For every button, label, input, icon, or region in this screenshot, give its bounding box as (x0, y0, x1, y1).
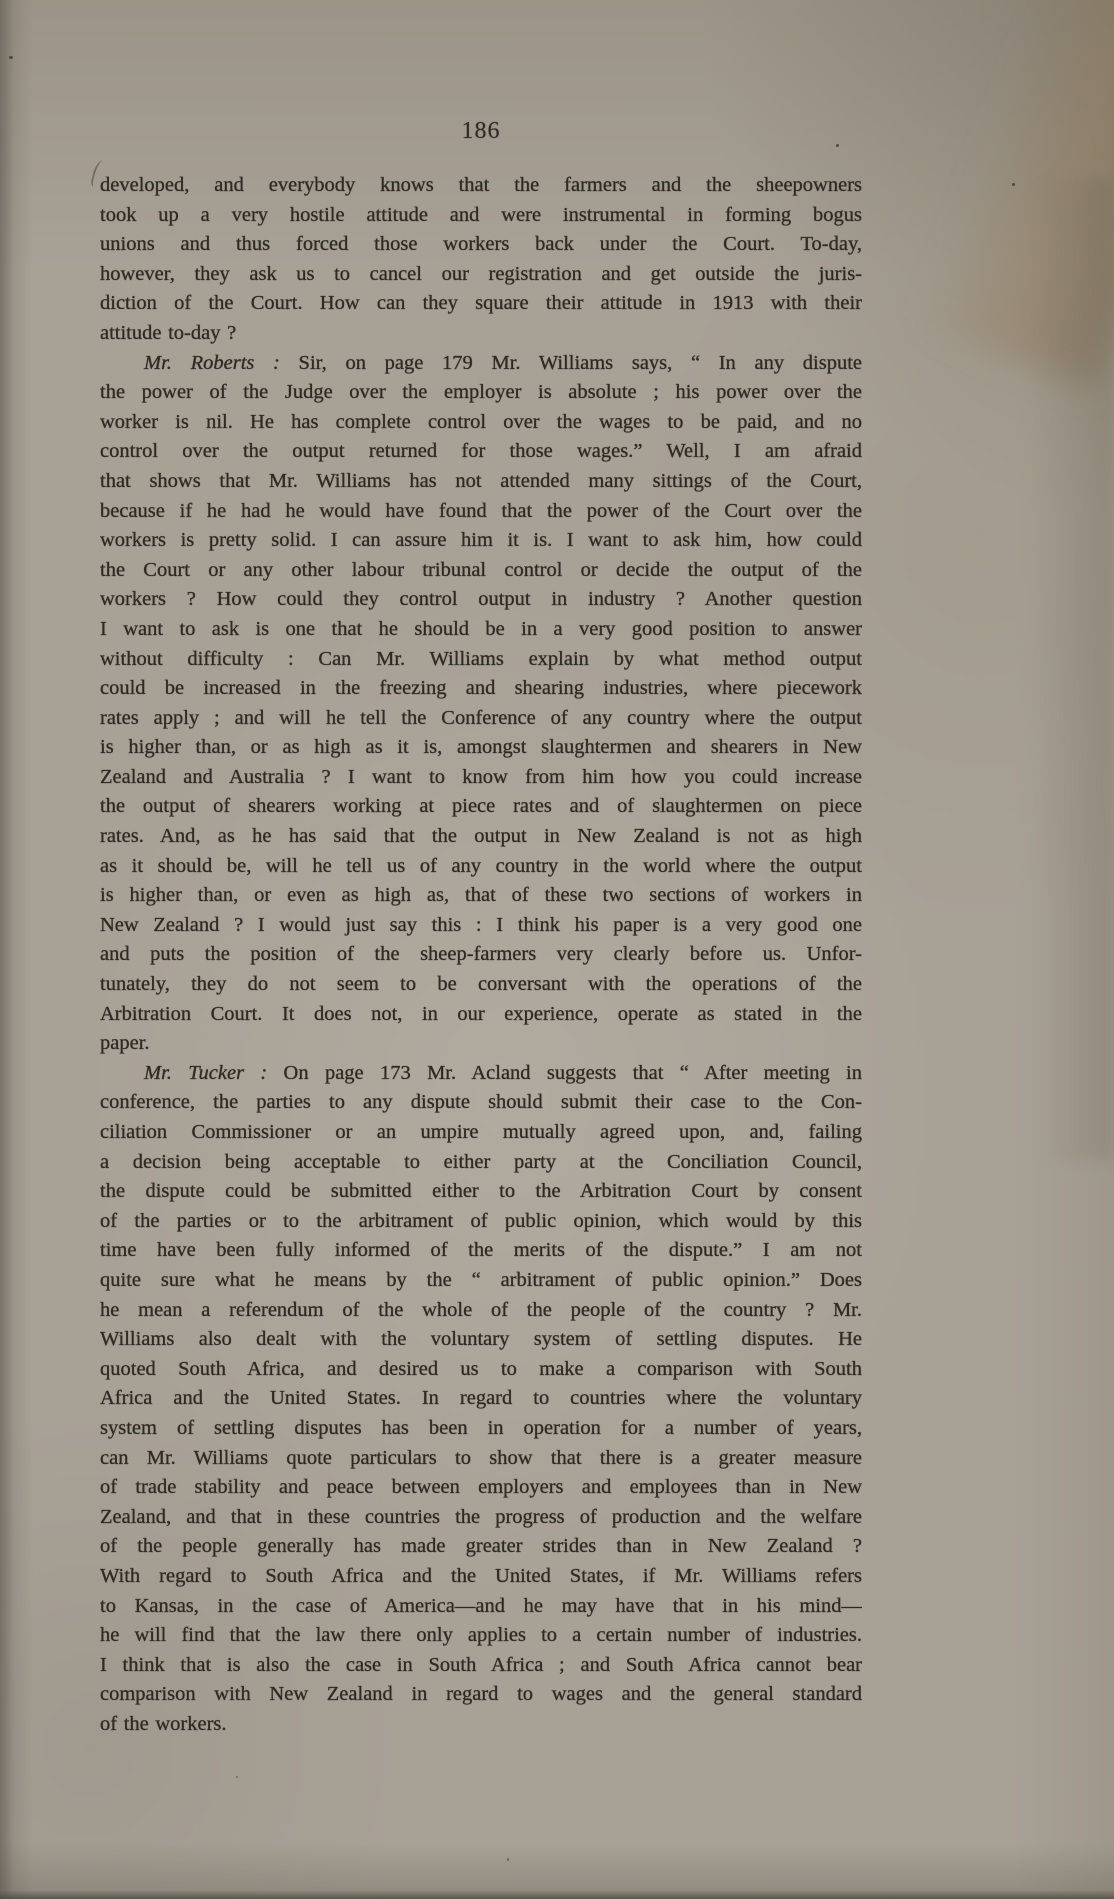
text-line: Williams also dealt with the voluntary s… (100, 1325, 862, 1355)
speaker-name: Mr. Roberts : (144, 352, 280, 374)
text-line: diction of the Court. How can they squar… (100, 289, 862, 319)
text-line: can Mr. Williams quote particulars to sh… (100, 1444, 862, 1474)
paper-shadow-right (1024, 180, 1114, 1160)
speaker-name: Mr. Tucker : (144, 1062, 267, 1084)
ink-speck (507, 1858, 509, 1861)
text-line: took up a very hostile attitude and were… (100, 201, 862, 231)
text-line: worker is nil. He has complete control o… (100, 408, 862, 438)
text-line: the dispute could be submitted either to… (100, 1177, 862, 1207)
text-line: New Zealand ? I would just say this : I … (100, 911, 862, 941)
paper-edge-left (0, 0, 14, 1899)
paper-edge-bottom (0, 1890, 1114, 1899)
text-line: that shows that Mr. Williams has not att… (100, 467, 862, 497)
text-line: Arbitration Court. It does not, in our e… (100, 1000, 862, 1030)
text-line: of the workers. (100, 1710, 862, 1740)
text-line: I think that is also the case in South A… (100, 1651, 862, 1681)
text-line: without difficulty : Can Mr. Williams ex… (100, 645, 862, 675)
text-line: workers ? How could they control output … (100, 585, 862, 615)
text-line: a decision being acceptable to either pa… (100, 1148, 862, 1178)
text-line: workers is pretty solid. I can assure hi… (100, 526, 862, 556)
ink-speck (236, 1776, 238, 1778)
text-line: I want to ask is one that he should be i… (100, 615, 862, 645)
text-line: developed, and everybody knows that the … (100, 171, 862, 201)
text-line: conference, the parties to any dispute s… (100, 1088, 862, 1118)
text-line: as it should be, will he tell us of any … (100, 852, 862, 882)
text-line: Zealand, and that in these countries the… (100, 1503, 862, 1533)
ink-speck (1012, 183, 1015, 186)
text-line: to Kansas, in the case of America—and he… (100, 1592, 862, 1622)
text-line: of trade stability and peace between emp… (100, 1473, 862, 1503)
text-line: however, they ask us to cancel our regis… (100, 260, 862, 290)
text-line: With regard to South Africa and the Unit… (100, 1562, 862, 1592)
text-line: time have been fully informed of the mer… (100, 1236, 862, 1266)
text-line: he will find that the law there only app… (100, 1621, 862, 1651)
text-line: the output of shearers working at piece … (100, 792, 862, 822)
text-line: rates apply ; and will he tell the Confe… (100, 704, 862, 734)
text-line: tunately, they do not seem to be convers… (100, 970, 862, 1000)
text-line: ciliation Commissioner or an umpire mutu… (100, 1118, 862, 1148)
text-line: and puts the position of the sheep-farme… (100, 940, 862, 970)
text-line: attitude to-day ? (100, 319, 862, 349)
paper-stain-band (918, 0, 1114, 389)
text-line: he mean a referendum of the whole of the… (100, 1296, 862, 1326)
text-line: control over the output returned for tho… (100, 437, 862, 467)
text-line: could be increased in the freezing and s… (100, 674, 862, 704)
text-line: quite sure what he means by the “ arbitr… (100, 1266, 862, 1296)
text-line: rates. And, as he has said that the outp… (100, 822, 862, 852)
text-line: is higher than, or as high as it is, amo… (100, 733, 862, 763)
text-line: quoted South Africa, and desired us to m… (100, 1355, 862, 1385)
text-line: Mr. Roberts : Sir, on page 179 Mr. Willi… (100, 349, 862, 379)
text-line: comparison with New Zealand in regard to… (100, 1680, 862, 1710)
page-text: developed, and everybody knows that the … (100, 171, 862, 1739)
scanned-book-page: 186 developed, and everybody knows that … (0, 0, 1114, 1899)
text-line: is higher than, or even as high as, that… (100, 881, 862, 911)
ink-speck (9, 56, 13, 59)
text-line: of the parties or to the arbitrament of … (100, 1207, 862, 1237)
text-line: unions and thus forced those workers bac… (100, 230, 862, 260)
text-line: system of settling disputes has been in … (100, 1414, 862, 1444)
text-line: the power of the Judge over the employer… (100, 378, 862, 408)
text-line: paper. (100, 1029, 862, 1059)
text-line: Mr. Tucker : On page 173 Mr. Acland sugg… (100, 1059, 862, 1089)
text-line: Zealand and Australia ? I want to know f… (100, 763, 862, 793)
text-line: the Court or any other labour tribunal c… (100, 556, 862, 586)
text-line: because if he had he would have found th… (100, 497, 862, 527)
page-number: 186 (100, 118, 862, 145)
text-line: of the people generally has made greater… (100, 1532, 862, 1562)
text-line: Africa and the United States. In regard … (100, 1384, 862, 1414)
